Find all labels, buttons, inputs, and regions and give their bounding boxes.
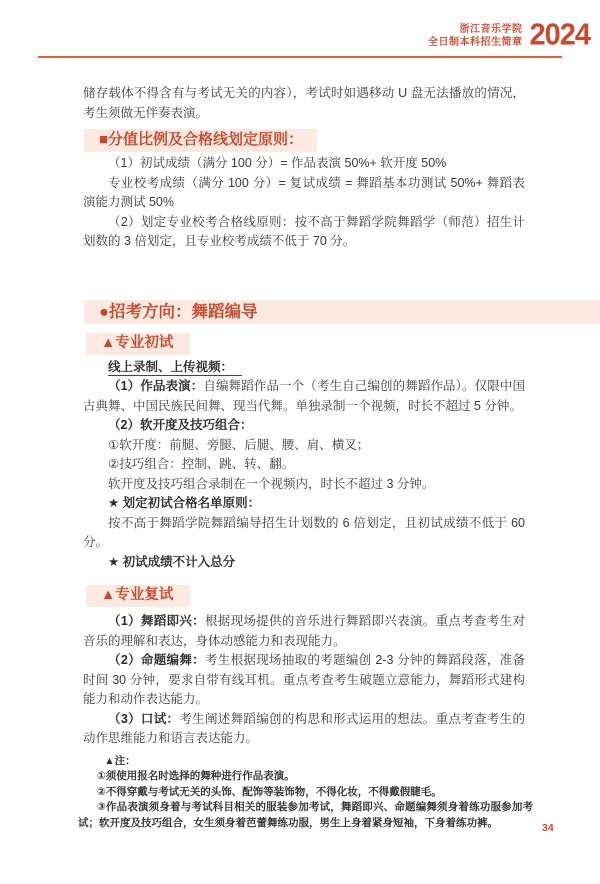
item-label: （1）作品表演： — [108, 379, 203, 393]
first-round-heading-row: ▲专业初试 — [83, 333, 525, 355]
notes-title: ▲注： — [78, 754, 533, 770]
notes-block: ▲注： ①须使用报名时选择的舞种进行作品表演。 ②不得穿戴与考试无关的头饰、配饰… — [78, 754, 533, 832]
star-rule-title: ★ 划定初试合格名单原则： — [108, 496, 260, 510]
item-label: （2）软开度及技巧组合： — [108, 418, 252, 432]
header-year: 2024 — [529, 18, 590, 53]
score-section-heading: ■分值比例及合格线划定原则： — [84, 129, 317, 152]
header-organization: 浙江音乐学院 全日制本科招生简章 — [428, 23, 523, 49]
second-round-heading: ▲专业复试 — [86, 585, 190, 607]
recording-duration-line: 软开度及技巧组合录制在一个视频内，时长不超过 3 分钟。 — [83, 475, 525, 495]
star-note-line: ★ 初试成绩不计入总分 — [83, 553, 525, 573]
note-item: ③作品表演须身着与考试科目相关的服装参加考试，舞蹈即兴、命题编舞须身着练功服参加… — [78, 800, 533, 831]
first-round-heading: ▲专业初试 — [86, 333, 190, 355]
online-recording-heading-line: 线上录制、上传视频： — [83, 358, 525, 378]
second-round-item: （3）口试：考生阐述舞蹈编创的构思和形式运用的想法。重点考查考生的动作思维能力和… — [83, 710, 525, 749]
softness-list-line: ①软开度：前腿、旁腿、后腿、腰、肩、横叉； — [83, 436, 525, 456]
direction-section-heading: ●招考方向：舞蹈编导 — [84, 300, 600, 324]
technique-list-line: ②技巧组合：控制、跳、转、翻。 — [83, 455, 525, 475]
page-header: 浙江音乐学院 全日制本科招生简章 2024 — [428, 19, 590, 52]
item-label: （2）命题编舞： — [108, 653, 205, 667]
note-item: ②不得穿戴与考试无关的头饰、配饰等装饰物，不得化妆，不得戴假睫毛。 — [78, 785, 533, 801]
header-org-line2: 全日制本科招生简章 — [428, 36, 523, 49]
brochure-page: 浙江音乐学院 全日制本科招生简章 2024 储存载体不得含有与考试无关的内容），… — [0, 0, 600, 884]
second-round-heading-row: ▲专业复试 — [83, 585, 525, 607]
second-round-item: （1）舞蹈即兴：根据现场提供的音乐进行舞蹈即兴表演。重点考查考生对音乐的理解和表… — [83, 612, 525, 651]
item-label: （1）舞蹈即兴： — [108, 614, 205, 628]
score-section-heading-row: ■分值比例及合格线划定原则： — [83, 123, 525, 154]
star-rule-text-line: 按不高于舞蹈学院舞蹈编导招生计划数的 6 倍划定，且初试成绩不低于 60 分。 — [83, 514, 525, 553]
score-paragraph: 专业校考成绩（满分 100 分）= 复试成绩 = 舞蹈基本功测试 50%+ 舞蹈… — [83, 174, 525, 213]
star-note: ★ 初试成绩不计入总分 — [108, 555, 235, 569]
star-rule-title-line: ★ 划定初试合格名单原则： — [83, 494, 525, 514]
header-rule-divider — [38, 56, 562, 58]
item-label: （3）口试： — [108, 712, 179, 726]
intro-paragraph: 储存载体不得含有与考试无关的内容），考试时如遇移动 U 盘无法播放的情况，考生须… — [83, 84, 525, 123]
note-item: ①须使用报名时选择的舞种进行作品表演。 — [78, 769, 533, 785]
page-content: 储存载体不得含有与考试无关的内容），考试时如遇移动 U 盘无法播放的情况，考生须… — [0, 84, 600, 831]
online-recording-heading: 线上录制、上传视频： — [108, 360, 242, 376]
first-round-item: （1）作品表演：自编舞蹈作品一个（考生自己编创的舞蹈作品）。仅限中国古典舞、中国… — [83, 377, 525, 416]
header-org-line1: 浙江音乐学院 — [428, 23, 523, 36]
first-round-item: （2）软开度及技巧组合： — [83, 416, 525, 436]
second-round-item: （2）命题编舞：考生根据现场抽取的考题编创 2-3 分钟的舞蹈段落，准备时间 3… — [83, 651, 525, 710]
score-paragraph: （2）划定专业校考合格线原则：按不高于舞蹈学院舞蹈学（师范）招生计划数的 3 倍… — [83, 213, 525, 252]
page-number: 34 — [542, 822, 554, 834]
score-paragraph: （1）初试成绩（满分 100 分）= 作品表演 50%+ 软开度 50% — [83, 154, 525, 174]
